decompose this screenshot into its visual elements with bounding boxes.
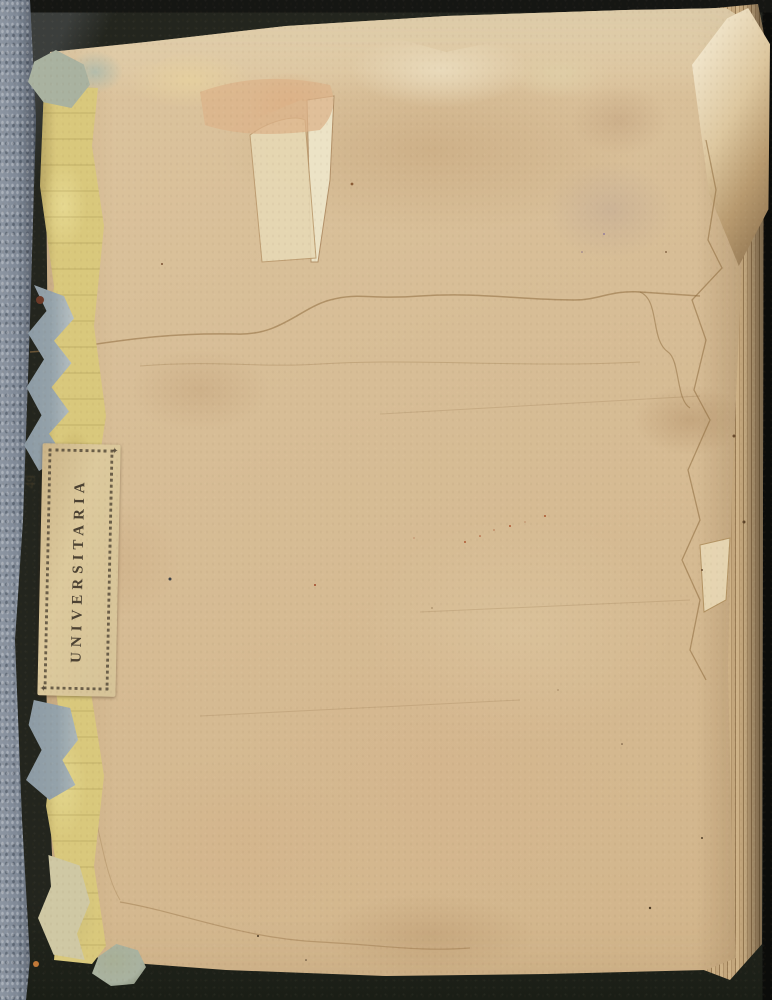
label-corner-ornament: ✦ xyxy=(111,446,119,457)
label-corner-ornament: ✦ xyxy=(39,683,47,694)
ink-and-stain-specks xyxy=(0,0,4,4)
book-cover-photo: UNIVERSITARIA ✦ ✦ 49 xyxy=(0,0,772,1000)
spine-handwritten-mark: 49 xyxy=(22,468,57,490)
